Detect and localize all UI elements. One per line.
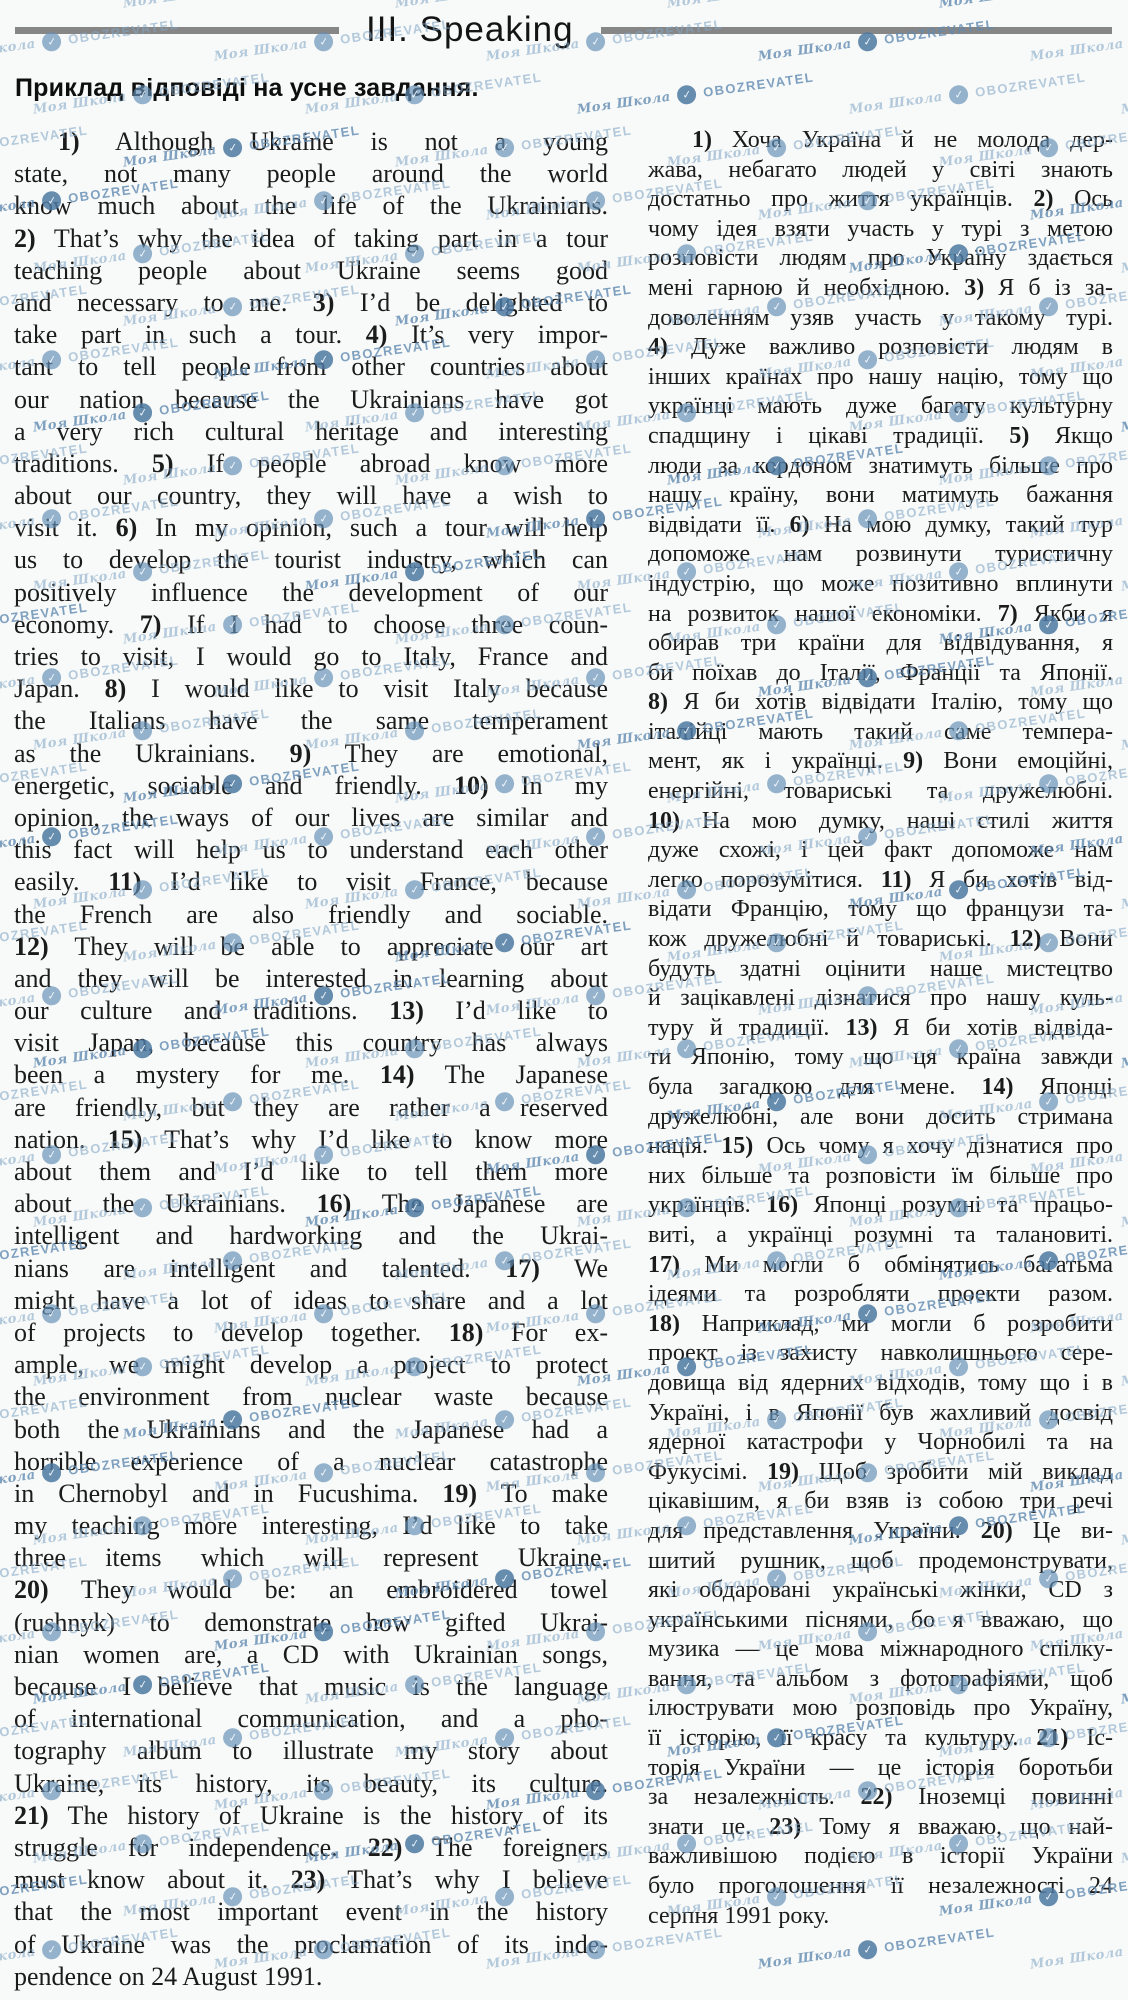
text-line: 8) Я би хотів відвідати Італію, тому що — [648, 688, 1113, 718]
text-line: that the most important event in the his… — [14, 1896, 608, 1928]
text-line: Japan. 8) I would like to visit Italy be… — [14, 673, 608, 705]
watermark-script-text: Моя Школа — [1120, 1680, 1128, 1708]
text-line: about our country, they will have a wish… — [14, 480, 608, 512]
text-line: intelligent and hardworking and the Ukra… — [14, 1220, 608, 1252]
text-line: розповісти людям про Україну здається — [648, 244, 1113, 274]
text-line: about them and I’d like to tell them mor… — [14, 1156, 608, 1188]
text-line: our culture and traditions. 13) I’d like… — [14, 995, 608, 1027]
watermark-script-text: Моя Школа — [757, 1945, 852, 1973]
text-line: visit it. 6) In my opinion, such a tour … — [14, 512, 608, 544]
text-line: Ukraine, its history, its beauty, its cu… — [14, 1768, 608, 1800]
watermark: Моя Школа✓OBOZREVATEL — [1120, 703, 1128, 755]
watermark-script-text: Моя Школа — [1120, 726, 1128, 754]
text-line: будуть здатні оцінити наше мистецтво — [648, 955, 1113, 985]
watermark: Моя Школа✓OBOZREVATEL — [1120, 226, 1128, 278]
watermark: Моя Школа✓OBOZREVATEL — [576, 67, 815, 119]
text-line: за незалежність. 22) Іноземці повинні — [648, 1783, 1113, 1813]
text-line: жава, небагато людей у світі знають — [648, 156, 1113, 186]
text-line: виті, а українці розумні та талановиті. — [648, 1221, 1113, 1251]
text-line: Фукусімі. 19) Щоб зробити мій виклад — [648, 1458, 1113, 1488]
text-line: ample, we might develop a project to pro… — [14, 1349, 608, 1381]
watermark: Моя Школа✓OBOZREVATEL — [1120, 544, 1128, 596]
watermark: Моя Школа✓OBOZREVATEL — [848, 67, 1087, 119]
header-rule-left — [15, 27, 339, 34]
column-english: 1) Although Ukraine is not a youngstate,… — [14, 126, 608, 1993]
watermark-script-text: Моя Школа — [1120, 249, 1128, 277]
text-line: проект із захисту навколишнього сере- — [648, 1339, 1113, 1369]
text-line: pendence on 24 August 1991. — [14, 1961, 608, 1993]
text-line: struggle for independence. 22) The forei… — [14, 1832, 608, 1864]
text-line: знати це. 23) Тому я вважаю, що най- — [648, 1813, 1113, 1843]
text-line: of Ukraine was the proclamation of its i… — [14, 1929, 608, 1961]
text-line: вання, та альбом з фотографіями, щоб — [648, 1665, 1113, 1695]
text-line: шитий рушник, щоб продемонструвати, — [648, 1547, 1113, 1577]
task-subtitle: Приклад відповіді на усне завдання. — [15, 74, 479, 103]
watermark: Моя Школа✓OBOZREVATEL — [1120, 1021, 1128, 1073]
text-line: and necessary to me. 3) I’d be delighted… — [14, 287, 608, 319]
watermark-script-text: Моя Школа — [1120, 1521, 1128, 1549]
text-line: in Chernobyl and in Fucushima. 19) To ma… — [14, 1478, 608, 1510]
text-line: nians are intelligent and talented. 17) … — [14, 1253, 608, 1285]
text-line: легко порозумітися. 11) Я би хотів від- — [648, 866, 1113, 896]
text-line: 18) Наприклад, ми могли б розробити — [648, 1310, 1113, 1340]
page-title: III. Speaking — [339, 10, 601, 50]
text-line: цікавішим, я би взяв із собою три речі — [648, 1487, 1113, 1517]
text-line: би поїхав до Італії, Франції та Японії. — [648, 659, 1113, 689]
text-line: energetic, sociable and friendly. 10) In… — [14, 770, 608, 802]
text-line: the environment from nuclear waste becau… — [14, 1381, 608, 1413]
text-line: tries to visit, I would go to Italy, Fra… — [14, 641, 608, 673]
text-line: серпня 1991 року. — [648, 1902, 1113, 1932]
text-line: positively influence the development of … — [14, 577, 608, 609]
text-line: енергійні, товариські та дружелюбні. — [648, 777, 1113, 807]
text-line: ядерної катастрофи у Чорнобилі та на — [648, 1428, 1113, 1458]
text-line: economy. 7) If I had to choose three cou… — [14, 609, 608, 641]
text-line: чому ідея взяти участь у турі з метою — [648, 215, 1113, 245]
text-line: 21) The history of Ukraine is the histor… — [14, 1800, 608, 1832]
watermark: Моя Школа✓OBOZREVATEL — [1120, 1816, 1128, 1868]
watermark: Моя Школа✓OBOZREVATEL — [1120, 385, 1128, 437]
header-rule-right — [601, 27, 1112, 34]
text-line: українськими піснями, бо я вважаю, що — [648, 1606, 1113, 1636]
text-line: state, not many people around the world — [14, 158, 608, 190]
watermark: Моя Школа✓OBOZREVATEL — [1120, 862, 1128, 914]
watermark-script-text: Моя Школа — [1120, 408, 1128, 436]
obozrevatel-logo-icon: ✓ — [676, 84, 697, 105]
text-line: доволенням узяв участь у такому турі. — [648, 304, 1113, 334]
text-line: 17) Ми могли б обмінятись багатьма — [648, 1251, 1113, 1281]
watermark: Моя Школа✓OBOZREVATEL — [1120, 1180, 1128, 1232]
text-line: українців. 16) Японці розумні та працьо- — [648, 1191, 1113, 1221]
text-line: our nation because the Ukrainians have g… — [14, 384, 608, 416]
text-line: індустрію, що може позитивно вплинути — [648, 570, 1113, 600]
text-line: 4) Дуже важливо розповісти людям в — [648, 333, 1113, 363]
column-ukrainian: 1) Хоча Україна й не молода дер-жава, не… — [648, 126, 1113, 1931]
text-line: 1) Although Ukraine is not a young — [14, 126, 608, 158]
text-line: Україні, і в Японії був жахливий досвід — [648, 1399, 1113, 1429]
text-line: музика — це мова міжнародного спілку- — [648, 1635, 1113, 1665]
watermark-script-text: Моя Школа — [1120, 1362, 1128, 1390]
text-line: the French are also friendly and sociabl… — [14, 899, 608, 931]
watermark-script-text: Моя Школа — [576, 90, 671, 118]
text-line: обирав три країни для відвідування, я — [648, 629, 1113, 659]
text-line: допоможе нам розвинути туристичну — [648, 540, 1113, 570]
text-line: дружелюбні, але вони досить стримана — [648, 1103, 1113, 1133]
text-line: because I believe that music is the lang… — [14, 1671, 608, 1703]
text-line: visit Japan, because this country has al… — [14, 1027, 608, 1059]
obozrevatel-logo-icon: ✓ — [857, 1939, 878, 1960]
text-line: довища від ядерних відходів, тому що і в — [648, 1369, 1113, 1399]
text-line: 12) They will be able to appreciate our … — [14, 931, 608, 963]
text-line: opinion, the ways of our lives are simil… — [14, 802, 608, 834]
text-line: nation. 15) That’s why I’d like to know … — [14, 1124, 608, 1156]
text-line: нація. 15) Ось чому я хочу дізнатися про — [648, 1132, 1113, 1162]
text-line: кож дружелюбні й товариські. 12) Вони — [648, 925, 1113, 955]
text-line: мені гарною й необхідною. 3) Я б із за- — [648, 274, 1113, 304]
text-line: easily. 11) I’d like to visit France, be… — [14, 866, 608, 898]
text-line: 2) That’s why the idea of taking part in… — [14, 223, 608, 255]
text-line: дуже схожі, і цей факт допоможе нам — [648, 836, 1113, 866]
text-line: на розвиток нашої економіки. 7) Якби я — [648, 600, 1113, 630]
text-line: teaching people about Ukraine seems good — [14, 255, 608, 287]
text-line: нашу країну, вони матимуть бажання — [648, 481, 1113, 511]
watermark: Моя Школа✓OBOZREVATEL — [1120, 1657, 1128, 1709]
text-line: них більше та розповісти їм більше про — [648, 1162, 1113, 1192]
text-line: для представлення України. 20) Це ви- — [648, 1517, 1113, 1547]
text-line: been a mystery for me. 14) The Japanese — [14, 1059, 608, 1091]
watermark-script-text: Моя Школа — [1120, 1044, 1128, 1072]
text-line: us to develop the tourist industry, whic… — [14, 544, 608, 576]
text-line: and they will be interested in learning … — [14, 963, 608, 995]
text-line: італійці мають такий саме темпера- — [648, 718, 1113, 748]
watermark-script-text: Моя Школа — [1120, 885, 1128, 913]
text-line: take part in such a tour. 4) It’s very i… — [14, 319, 608, 351]
text-line: traditions. 5) If people abroad know mor… — [14, 448, 608, 480]
text-line: її історію, її красу та культуру. 21) Іс… — [648, 1724, 1113, 1754]
text-line: know much about the life of the Ukrainia… — [14, 190, 608, 222]
text-line: й зацікавлені дізнатися про нашу куль- — [648, 984, 1113, 1014]
text-line: ти Японію, тому що ця країна завжди — [648, 1043, 1113, 1073]
obozrevatel-logo-icon: ✓ — [948, 84, 969, 105]
text-line: відвідати її. 6) На мою думку, такий тур — [648, 511, 1113, 541]
text-line: 20) They would be: an embroidered towel — [14, 1574, 608, 1606]
text-line: українці мають дуже багату культурну — [648, 392, 1113, 422]
watermark: Моя Школа✓OBOZREVATEL — [1120, 1339, 1128, 1391]
text-line: three items which will represent Ukraine… — [14, 1542, 608, 1574]
text-line: of international communication, and a ph… — [14, 1703, 608, 1735]
text-line: ідеями та розробляти проекти разом. — [648, 1280, 1113, 1310]
text-line: достатньо про життя українців. 2) Ось — [648, 185, 1113, 215]
text-line: tography album to illustrate my story ab… — [14, 1735, 608, 1767]
text-line: nian women are, a CD with Ukrainian song… — [14, 1639, 608, 1671]
text-line: as the Ukrainians. 9) They are emotional… — [14, 738, 608, 770]
text-line: ілюструвати мою розповідь про Україну, — [648, 1694, 1113, 1724]
text-line: a very rich cultural heritage and intere… — [14, 416, 608, 448]
watermark-script-text: Моя Школа — [1120, 567, 1128, 595]
watermark-script-text: Моя Школа — [1029, 1945, 1124, 1973]
text-line: are friendly, but they are rather a rese… — [14, 1092, 608, 1124]
text-line: важливішою подією в історії України — [648, 1842, 1113, 1872]
text-line: both the Ukrainians and the Japanese had… — [14, 1414, 608, 1446]
text-line: about the Ukrainians. 16) The Japanese a… — [14, 1188, 608, 1220]
text-line: мент, як і українці. 9) Вони емоційні, — [648, 747, 1113, 777]
watermark-script-text: Моя Школа — [1120, 1203, 1128, 1231]
text-line: 10) На мою думку, наші стилі життя — [648, 807, 1113, 837]
text-line: (rushnyk) to demonstrate how gifted Ukra… — [14, 1607, 608, 1639]
text-line: спадщину і цікаві традиції. 5) Якщо — [648, 422, 1113, 452]
watermark-brand-text: OBOZREVATEL — [702, 69, 815, 99]
text-line: торія України — це історія боротьби — [648, 1754, 1113, 1784]
text-line: of projects to develop together. 18) For… — [14, 1317, 608, 1349]
text-line: might have a lot of ideas to share and a… — [14, 1285, 608, 1317]
text-line: 1) Хоча Україна й не молода дер- — [648, 126, 1113, 156]
text-line: the Italians have the same temperament — [14, 705, 608, 737]
watermark-script-text: Моя Школа — [1120, 90, 1128, 118]
text-line: була загадкою для мене. 14) Японці — [648, 1073, 1113, 1103]
text-line: tant to tell people from other countries… — [14, 351, 608, 383]
text-line: інших країнах про нашу націю, тому що — [648, 363, 1113, 393]
text-line: було проголошення її незалежності 24 — [648, 1872, 1113, 1902]
page-header: III. Speaking — [0, 10, 1128, 50]
watermark-script-text: Моя Школа — [848, 90, 943, 118]
watermark-script-text: Моя Школа — [1120, 1839, 1128, 1867]
text-line: horrible experience of a nuclear catastr… — [14, 1446, 608, 1478]
text-line: my teaching more interesting, I’d like t… — [14, 1510, 608, 1542]
text-line: туру й традиції. 13) Я би хотів відвіда- — [648, 1014, 1113, 1044]
text-line: які обдаровані українські жінки, CD з — [648, 1576, 1113, 1606]
text-line: відати Францію, тому що французи та- — [648, 895, 1113, 925]
watermark-brand-text: OBOZREVATEL — [974, 69, 1087, 99]
watermark: Моя Школа✓OBOZREVATEL — [1120, 67, 1128, 119]
text-line: люди за кордоном знатимуть більше про — [648, 452, 1113, 482]
text-line: this fact will help us to understand eac… — [14, 834, 608, 866]
text-line: must know about it. 23) That’s why I bel… — [14, 1864, 608, 1896]
watermark: Моя Школа✓OBOZREVATEL — [1120, 1498, 1128, 1550]
